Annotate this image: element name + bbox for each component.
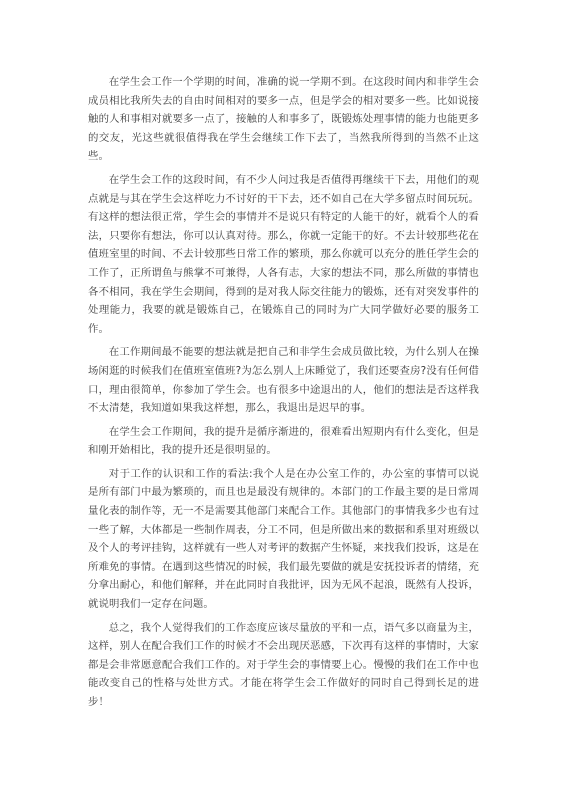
paragraph-4: 在学生会工作期间，我的提升是循序渐进的，很难看出短期内有什么变化，但是和刚开始相…	[88, 423, 479, 460]
paragraph-2: 在学生会工作的这段时间，有不少人问过我是否值得再继续干下去，用他们的观点就是与其…	[88, 171, 479, 338]
paragraph-1: 在学生会工作一个学期的时间，准确的说一学期不到。在这段时间内和非学生会成员相比我…	[88, 73, 479, 166]
paragraph-3: 在工作期间最不能要的想法就是把自己和非学生会成员做比较，为什么别人在操场闲逛的时…	[88, 343, 479, 417]
document-page: 在学生会工作一个学期的时间，准确的说一学期不到。在这段时间内和非学生会成员相比我…	[0, 0, 566, 800]
paragraph-5: 对于工作的认识和工作的看法:我个人是在办公室工作的，办公室的事情可以说是所有部门…	[88, 465, 479, 614]
paragraph-6: 总之，我个人觉得我们的工作态度应该尽量放的平和一点，语气多以商量为主，这样，别人…	[88, 619, 479, 712]
